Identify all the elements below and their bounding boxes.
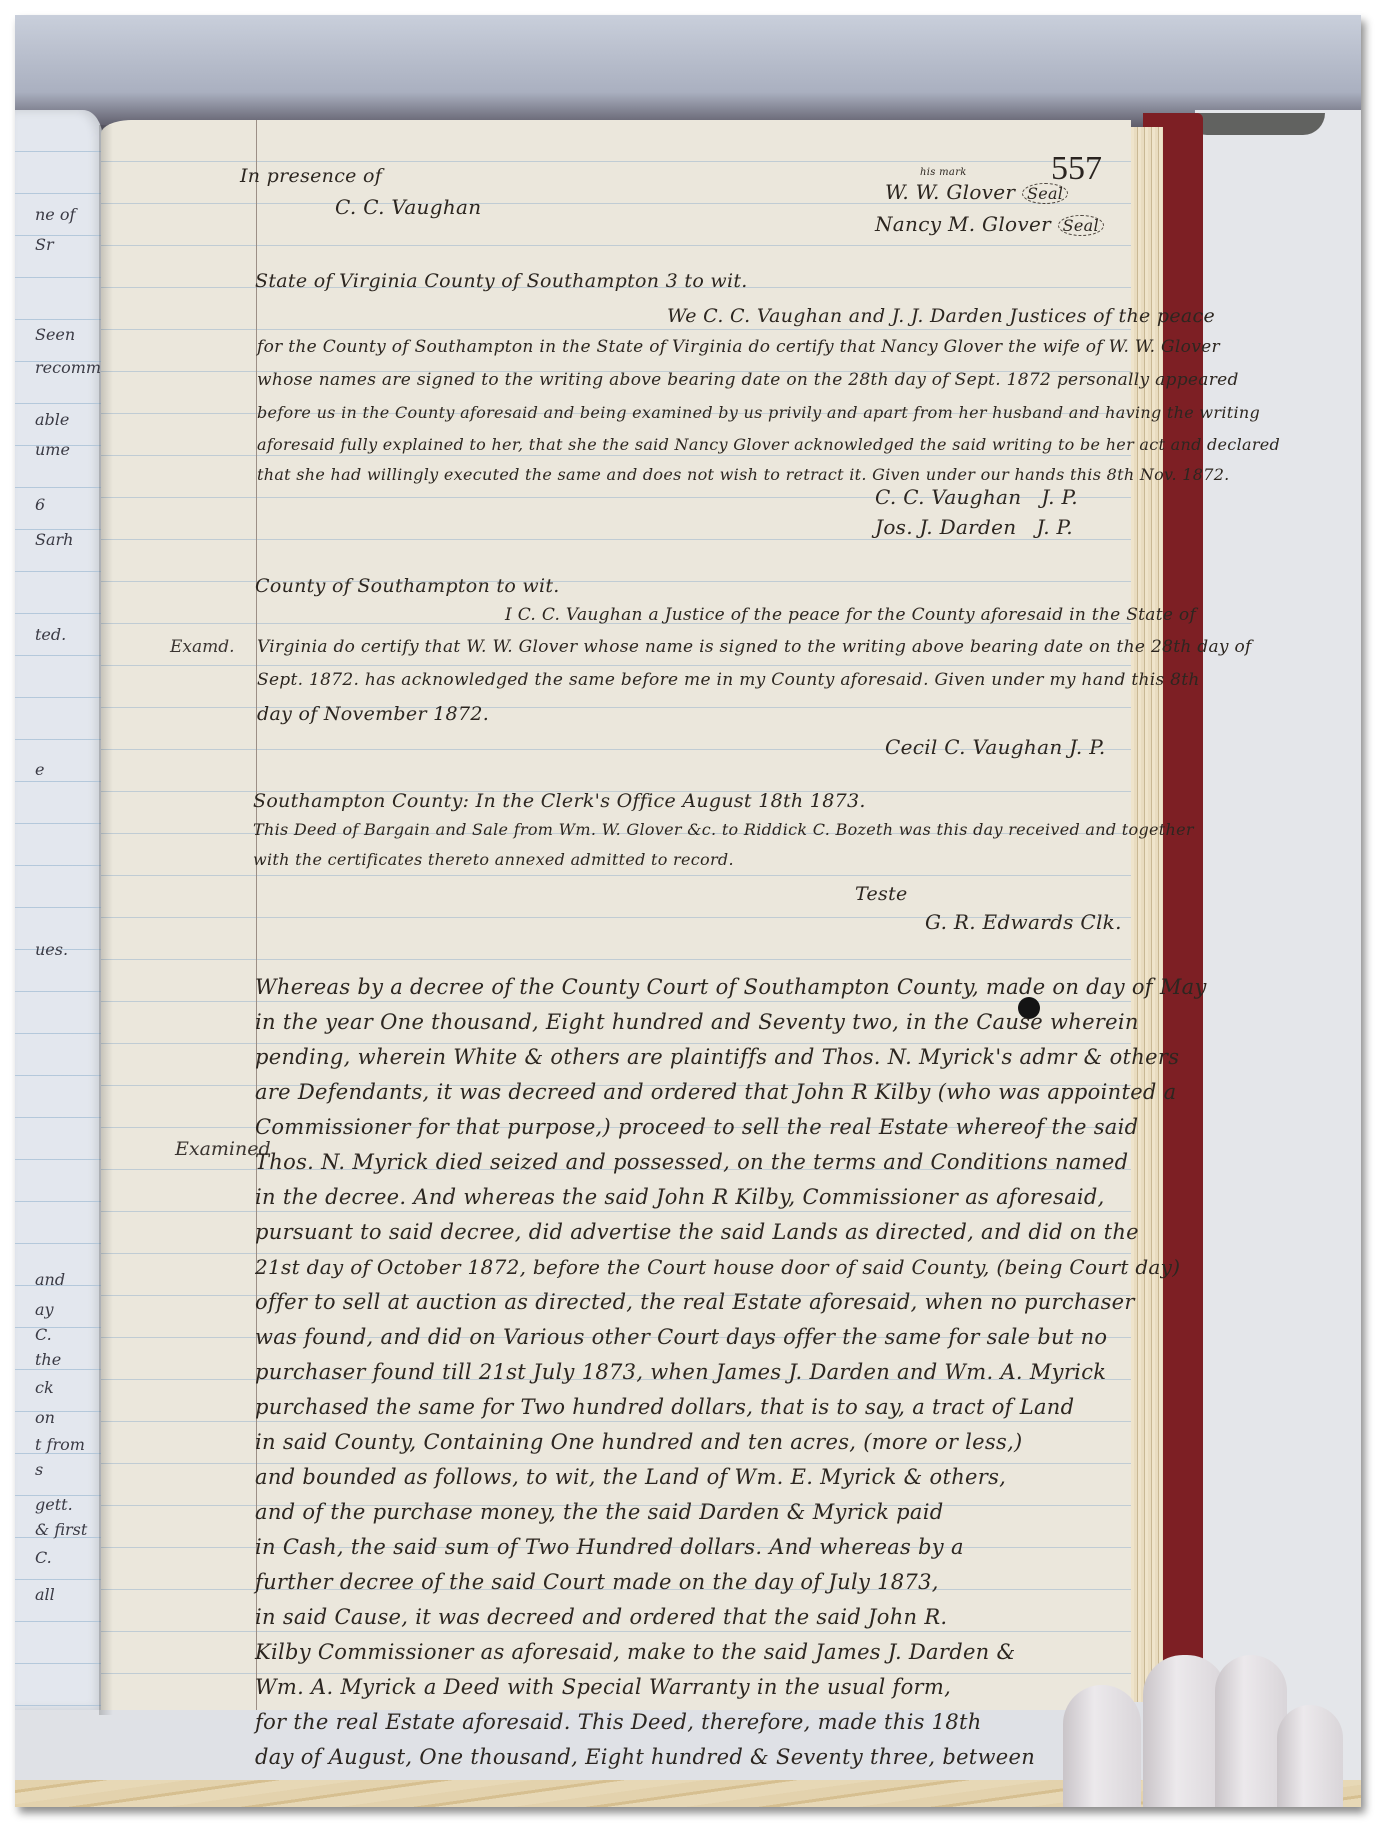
left-page-fragment: the <box>35 1350 61 1369</box>
left-page-fragment: ume <box>35 440 70 459</box>
deed-line: purchaser found till 21st July 1873, whe… <box>255 1360 1106 1384</box>
deed-line: was found, and did on Various other Cour… <box>255 1325 1107 1349</box>
justice-signature: Cecil C. Vaughan J. P. <box>885 735 1106 759</box>
deed-line: Thos. N. Myrick died seized and possesse… <box>255 1150 1128 1174</box>
justice-signature: C. C. Vaughan J. P. <box>875 485 1078 509</box>
certificate-2-line: I C. C. Vaughan a Justice of the peace f… <box>505 605 1196 625</box>
gloved-finger <box>1063 1685 1141 1807</box>
deed-line: pursuant to said decree, did advertise t… <box>255 1220 1139 1244</box>
left-page-fragment: Seen <box>35 325 75 344</box>
justice-signature: Jos. J. Darden J. P. <box>875 515 1073 539</box>
deed-line: in Cash, the said sum of Two Hundred dol… <box>255 1535 964 1559</box>
certificate-1-line: for the County of Southampton in the Sta… <box>257 337 1220 357</box>
left-page-fragment: ay <box>35 1300 54 1319</box>
deed-line: are Defendants, it was decreed and order… <box>255 1080 1176 1104</box>
left-page-fragment: s <box>35 1460 43 1479</box>
deed-line: pending, wherein White & others are plai… <box>255 1045 1179 1069</box>
deed-line: Whereas by a decree of the County Court … <box>255 975 1207 999</box>
left-page-fragment: 6 <box>35 495 45 514</box>
left-page-fragment: e <box>35 760 44 779</box>
clerk-entry-line: This Deed of Bargain and Sale from Wm. W… <box>253 820 1194 839</box>
deed-line: in said Cause, it was decreed and ordere… <box>255 1605 947 1629</box>
deed-line: day of August, One thousand, Eight hundr… <box>255 1745 1035 1769</box>
left-page-fragment: able <box>35 410 69 429</box>
certificate-2-heading: County of Southampton to wit. <box>255 575 560 597</box>
deed-line: purchased the same for Two hundred dolla… <box>255 1395 1074 1419</box>
binding-gutter <box>99 125 113 1715</box>
gloved-finger <box>1277 1705 1343 1807</box>
left-page-fragment: C. <box>35 1325 52 1344</box>
page-block-edges <box>1127 127 1163 1702</box>
grantor-1-signature: W. W. Glover Seal <box>885 180 1068 204</box>
cover-shadow <box>1185 113 1325 135</box>
grantor-2-signature: Nancy M. Glover Seal <box>875 212 1104 236</box>
left-page-fragment: all <box>35 1585 55 1604</box>
margin-note-examined: Examd. <box>170 637 235 657</box>
certificate-2-line: Virginia do certify that W. W. Glover wh… <box>257 637 1252 657</box>
deed-line: in the decree. And whereas the said John… <box>255 1185 1105 1209</box>
witness-name: C. C. Vaughan <box>335 195 481 219</box>
left-page-fragment: Sr <box>35 235 54 254</box>
certificate-2-line: Sept. 1872. has acknowledged the same be… <box>257 670 1200 690</box>
left-page-fragment: and <box>35 1270 65 1289</box>
left-page-fragment: Sarh <box>35 530 73 549</box>
clerk-entry-line: Southampton County: In the Clerk's Offic… <box>253 790 866 812</box>
left-page-fragment: gett. <box>35 1495 73 1514</box>
seal-mark: Seal <box>1022 183 1068 204</box>
photo-frame: ne of Sr Seen recomments. able ume 6 Sar… <box>15 15 1361 1807</box>
certificate-1-line: whose names are signed to the writing ab… <box>257 370 1239 390</box>
deed-line: in said County, Containing One hundred a… <box>255 1430 1023 1454</box>
left-page-fragment: & first <box>35 1520 87 1539</box>
deed-line: in the year One thousand, Eight hundred … <box>255 1010 1139 1034</box>
grantor-mark-note: his mark <box>920 167 967 178</box>
clerk-signature: G. R. Edwards Clk. <box>925 910 1122 934</box>
certificate-2-line: day of November 1872. <box>257 703 489 725</box>
left-page-fragment: on <box>35 1408 55 1427</box>
certificate-1-line: We C. C. Vaughan and J. J. Darden Justic… <box>667 305 1215 327</box>
left-page-fragment: C. <box>35 1548 52 1567</box>
left-page-fragment: t from <box>35 1435 85 1454</box>
certificate-1-line: aforesaid fully explained to her, that s… <box>257 435 1280 454</box>
certificate-1-heading: State of Virginia County of Southampton … <box>255 270 748 292</box>
certificate-1-line: that she had willingly executed the same… <box>257 465 1230 484</box>
deed-line: Wm. A. Myrick a Deed with Special Warran… <box>255 1675 951 1699</box>
seal-mark: Seal <box>1058 215 1104 236</box>
clerk-entry-line: with the certificates thereto annexed ad… <box>253 850 734 869</box>
left-page-fragment: ne of <box>35 205 75 224</box>
left-page-fragment: ues. <box>35 940 68 959</box>
left-page-fragment: ted. <box>35 625 66 644</box>
deed-line: for the real Estate aforesaid. This Deed… <box>255 1710 982 1734</box>
deed-line: offer to sell at auction as directed, th… <box>255 1290 1135 1314</box>
background-table <box>1195 110 1361 1807</box>
left-page-fragment: ck <box>35 1378 54 1397</box>
deed-line: and of the purchase money, the the said … <box>255 1500 943 1524</box>
witness-intro: In presence of <box>240 165 382 187</box>
teste-label: Teste <box>855 883 908 905</box>
deed-line: further decree of the said Court made on… <box>255 1570 939 1594</box>
deed-line: Kilby Commissioner as aforesaid, make to… <box>255 1640 1015 1664</box>
certificate-1-line: before us in the County aforesaid and be… <box>257 403 1260 422</box>
left-page: ne of Sr Seen recomments. able ume 6 Sar… <box>15 110 103 1710</box>
deed-line: 21st day of October 1872, before the Cou… <box>255 1255 1180 1279</box>
deed-line: Commissioner for that purpose,) proceed … <box>255 1115 1138 1139</box>
deed-line: and bounded as follows, to wit, the Land… <box>255 1465 1006 1489</box>
